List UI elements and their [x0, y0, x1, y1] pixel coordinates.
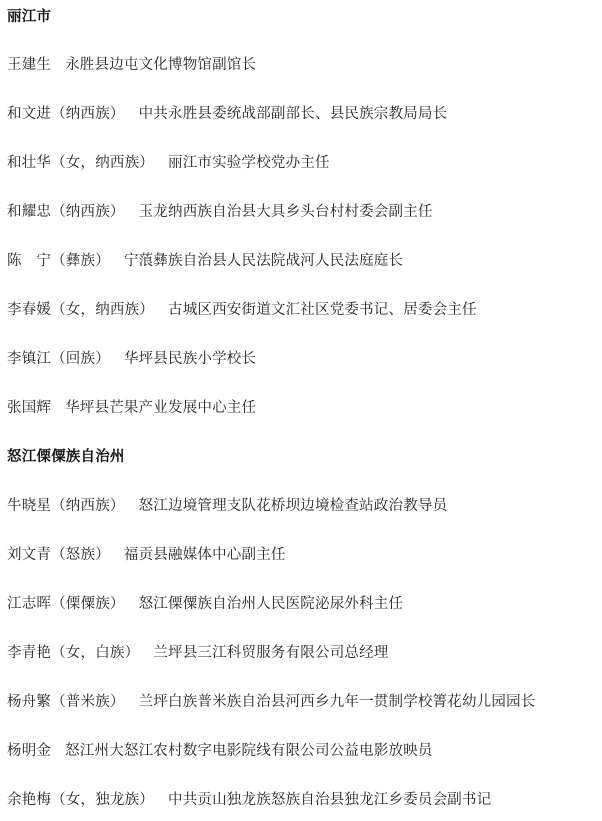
- person-name: 和壮华（女，纳西族）: [7, 153, 154, 173]
- person-name: 和耀忠（纳西族）: [7, 202, 125, 222]
- person-name: 李春媛（女，纳西族）: [7, 300, 154, 320]
- person-title: 华坪县芒果产业发展中心主任: [65, 398, 256, 418]
- list-item: 王建生永胜县边屯文化博物馆副馆长: [7, 55, 256, 75]
- person-name: 杨明金: [7, 741, 51, 761]
- list-item: 和耀忠（纳西族）玉龙纳西族自治县大具乡头台村村委会副主任: [7, 202, 433, 222]
- person-title: 兰坪县三江科贸服务有限公司总经理: [153, 643, 388, 663]
- list-item: 江志晖（傈僳族）怒江傈僳族自治州人民医院泌尿外科主任: [7, 594, 403, 614]
- person-name: 和文进（纳西族）: [7, 104, 125, 124]
- person-title: 兰坪白族普米族自治县河西乡九年一贯制学校箐花幼儿园园长: [139, 692, 536, 712]
- person-name: 陈 宁（彝族）: [7, 251, 110, 271]
- list-item: 刘文青（怒族）福贡县融媒体中心副主任: [7, 545, 286, 565]
- person-name: 江志晖（傈僳族）: [7, 594, 125, 614]
- person-title: 中共贡山独龙族怒族自治县独龙江乡委员会副书记: [168, 790, 491, 810]
- person-title: 华坪县民族小学校长: [124, 349, 256, 369]
- person-title: 怒江州大怒江农村数字电影院线有限公司公益电影放映员: [65, 741, 433, 761]
- section-heading: 丽江市: [7, 7, 51, 27]
- list-item: 李春媛（女，纳西族）古城区西安街道文汇社区党委书记、居委会主任: [7, 300, 477, 320]
- person-name: 李青艳（女，白族）: [7, 643, 139, 663]
- list-item: 余艳梅（女，独龙族）中共贡山独龙族怒族自治县独龙江乡委员会副书记: [7, 790, 491, 810]
- person-name: 余艳梅（女，独龙族）: [7, 790, 154, 810]
- list-item: 陈 宁（彝族）宁蒗彝族自治县人民法院战河人民法庭庭长: [7, 251, 403, 271]
- list-item: 牛晓星（纳西族）怒江边境管理支队花桥坝边境检查站政治教导员: [7, 496, 447, 516]
- list-item: 李镇江（回族）华坪县民族小学校长: [7, 349, 256, 369]
- person-name: 刘文青（怒族）: [7, 545, 110, 565]
- person-title: 中共永胜县委统战部副部长、县民族宗教局局长: [139, 104, 448, 124]
- document: 丽江市 王建生永胜县边屯文化博物馆副馆长 和文进（纳西族）中共永胜县委统战部副部…: [0, 0, 602, 821]
- person-title: 怒江边境管理支队花桥坝边境检查站政治教导员: [139, 496, 448, 516]
- person-title: 福贡县融媒体中心副主任: [124, 545, 286, 565]
- person-title: 怒江傈僳族自治州人民医院泌尿外科主任: [139, 594, 404, 614]
- list-item: 杨明金怒江州大怒江农村数字电影院线有限公司公益电影放映员: [7, 741, 433, 761]
- list-item: 杨舟繁（普米族）兰坪白族普米族自治县河西乡九年一贯制学校箐花幼儿园园长: [7, 692, 536, 712]
- person-name: 王建生: [7, 55, 51, 75]
- person-title: 古城区西安街道文汇社区党委书记、居委会主任: [168, 300, 477, 320]
- person-title: 宁蒗彝族自治县人民法院战河人民法庭庭长: [124, 251, 403, 271]
- list-item: 李青艳（女，白族）兰坪县三江科贸服务有限公司总经理: [7, 643, 389, 663]
- list-item: 和壮华（女，纳西族）丽江市实验学校党办主任: [7, 153, 330, 173]
- person-name: 牛晓星（纳西族）: [7, 496, 125, 516]
- person-title: 永胜县边屯文化博物馆副馆长: [65, 55, 256, 75]
- person-name: 杨舟繁（普米族）: [7, 692, 125, 712]
- person-name: 李镇江（回族）: [7, 349, 110, 369]
- list-item: 张国辉华坪县芒果产业发展中心主任: [7, 398, 256, 418]
- section-heading: 怒江傈僳族自治州: [7, 447, 125, 467]
- person-name: 张国辉: [7, 398, 51, 418]
- person-title: 玉龙纳西族自治县大具乡头台村村委会副主任: [139, 202, 433, 222]
- person-title: 丽江市实验学校党办主任: [168, 153, 330, 173]
- list-item: 和文进（纳西族）中共永胜县委统战部副部长、县民族宗教局局长: [7, 104, 447, 124]
